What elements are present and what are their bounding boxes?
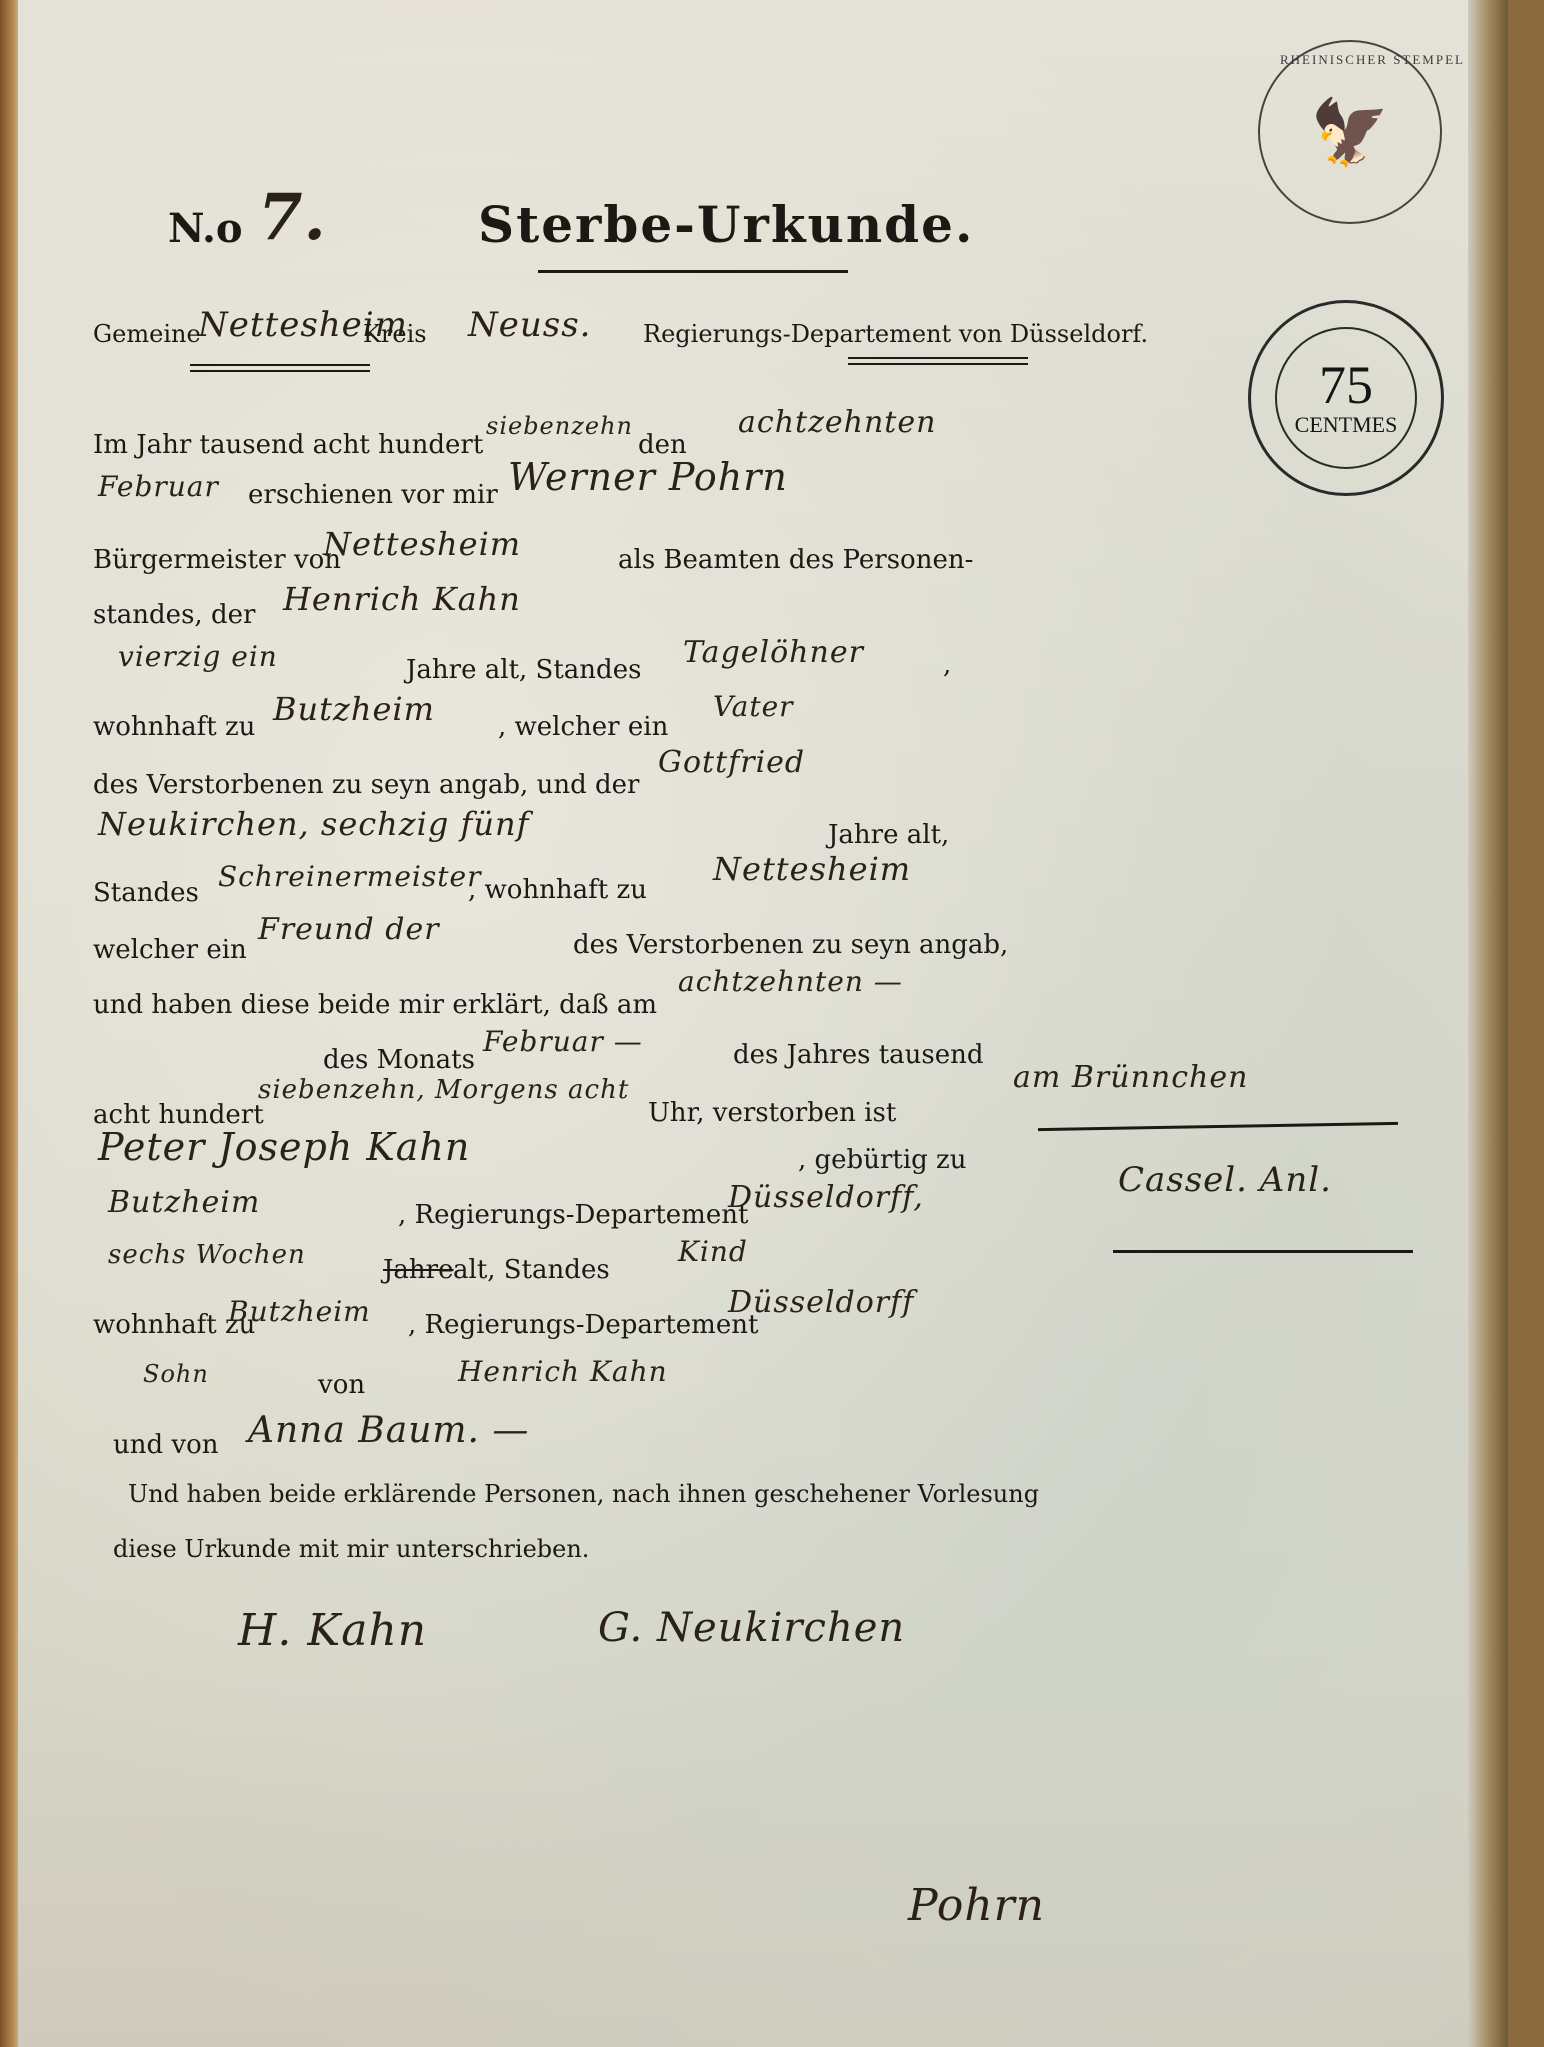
kreis-value: Neuss. <box>468 305 591 345</box>
handwritten-year: siebenzehn <box>486 412 633 440</box>
handwritten-department-2: Düsseldorff <box>728 1285 914 1320</box>
printed-text: des Jahres tausend <box>733 1040 984 1070</box>
signature-witness-1: H. Kahn <box>238 1605 427 1656</box>
struck-printed-text: Jahre <box>383 1255 453 1285</box>
handwritten-occupation-2: Schreinermeister <box>218 860 481 893</box>
handwritten-death-time: siebenzehn, Morgens acht <box>258 1075 629 1105</box>
printed-text: des Verstorbenen zu seyn angab, <box>573 930 1008 960</box>
handwritten-second-declarant: Gottfried <box>658 745 805 780</box>
printed-text: wohnhaft zu <box>93 712 255 742</box>
certificate-page: 🦅 RHEINISCHER STEMPEL 75 CENTMES N.o 7. … <box>18 0 1508 2047</box>
number-label: N.o <box>168 205 243 252</box>
handwritten-deceased-age: sechs Wochen <box>108 1240 306 1270</box>
value-stamp: 75 CENTMES <box>1248 300 1444 496</box>
printed-text: als Beamten des Personen- <box>618 545 973 575</box>
page-title: Sterbe-Urkunde. <box>478 195 974 254</box>
printed-text: und von <box>113 1430 219 1460</box>
title-rule <box>538 270 848 273</box>
printed-text: welcher ein <box>93 935 247 965</box>
handwritten-age: vierzig ein <box>118 640 278 673</box>
margin-note-line-1: am Brünnchen <box>1013 1060 1248 1095</box>
signature-witness-2: G. Neukirchen <box>598 1605 905 1651</box>
printed-text: und haben diese beide mir erklärt, daß a… <box>93 990 657 1020</box>
handwritten-status: Kind <box>678 1235 748 1268</box>
handwritten-death-month: Februar — <box>483 1025 643 1058</box>
printed-text: des Verstorbenen zu seyn angab, und der <box>93 770 639 800</box>
printed-text: , welcher ein <box>498 712 668 742</box>
handwritten-day: achtzehnten <box>738 405 936 440</box>
handwritten-relation: Vater <box>713 690 794 723</box>
printed-text: alt, Standes <box>453 1255 610 1285</box>
closing-line-1: Und haben beide erklärende Personen, nac… <box>128 1480 1039 1508</box>
header-rule-right <box>848 357 1028 359</box>
printed-text: Jahre alt, <box>828 820 949 850</box>
handwritten-birthplace: Butzheim <box>108 1185 260 1220</box>
stamp-value: 75 <box>1319 358 1373 412</box>
printed-text: , Regierungs-Departement <box>398 1200 748 1230</box>
margin-note-line-2: Cassel. Anl. <box>1118 1160 1332 1200</box>
eagle-stamp-text: RHEINISCHER STEMPEL <box>1280 52 1465 68</box>
printed-text: von <box>318 1370 365 1400</box>
page-right-edge <box>1468 0 1508 2047</box>
printed-text: Jahre alt, Standes <box>406 655 641 685</box>
number-value: 7. <box>258 180 327 255</box>
handwritten-residence-2: Nettesheim <box>713 850 911 888</box>
printed-text: des Monats <box>323 1045 475 1075</box>
printed-text: , wohnhaft zu <box>468 875 647 905</box>
signature-mayor: Pohrn <box>908 1880 1045 1931</box>
handwritten-occupation: Tagelöhner <box>683 635 864 670</box>
eagle-icon: 🦅 <box>1310 95 1390 170</box>
department-label: Regierungs-Departement von Düsseldorf. <box>643 320 1148 348</box>
kreis-label: Kreis <box>363 320 427 348</box>
closing-line-2: diese Urkunde mit mir unterschrieben. <box>113 1535 589 1563</box>
handwritten-residence: Butzheim <box>273 690 435 728</box>
printed-text: erschienen vor mir <box>248 480 498 510</box>
handwritten-residence-3: Butzheim <box>228 1295 371 1328</box>
handwritten-deceased-name: Peter Joseph Kahn <box>98 1125 470 1169</box>
handwritten-name-age: Neukirchen, sechzig fünf <box>98 805 529 843</box>
handwritten-month: Februar <box>98 470 219 503</box>
gemeine-label: Gemeine <box>93 320 201 348</box>
handwritten-father-name: Henrich Kahn <box>458 1355 668 1388</box>
printed-text: Im Jahr tausend acht hundert <box>93 430 483 460</box>
header-rule-left-2 <box>190 370 370 372</box>
handwritten-death-day: achtzehnten — <box>678 965 903 998</box>
stamp-unit: CENTMES <box>1295 412 1398 438</box>
handwritten-department: Düsseldorff, <box>728 1180 924 1215</box>
printed-text: Bürgermeister von <box>93 545 341 575</box>
handwritten-declarant-name: Henrich Kahn <box>283 580 521 618</box>
printed-text: , Regierungs-Departement <box>408 1310 758 1340</box>
printed-text: Uhr, verstorben ist <box>648 1098 896 1128</box>
margin-note-rule-2 <box>1113 1250 1413 1253</box>
handwritten-relation-3: Sohn <box>143 1360 209 1388</box>
printed-text: , gebürtig zu <box>798 1145 967 1175</box>
printed-text: Standes <box>93 878 199 908</box>
handwritten-relation-2: Freund der <box>258 912 440 947</box>
printed-text: standes, der <box>93 600 255 630</box>
handwritten-town: Nettesheim <box>323 525 521 563</box>
header-rule-left <box>190 364 370 366</box>
header-rule-right-2 <box>848 363 1028 365</box>
handwritten-mother-name: Anna Baum. — <box>248 1410 529 1451</box>
margin-note-rule-1 <box>1038 1122 1398 1131</box>
printed-text: , <box>943 650 951 680</box>
handwritten-mayor-name: Werner Pohrn <box>508 455 788 499</box>
